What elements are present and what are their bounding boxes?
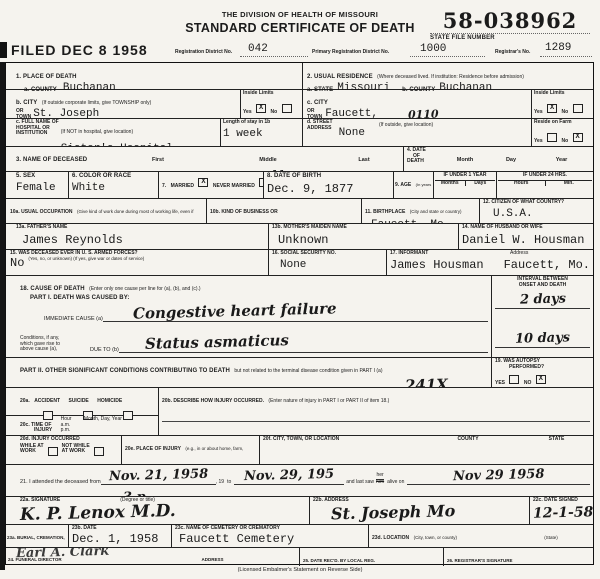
accident-label: ACCIDENT (34, 398, 60, 404)
section-birthplace: 11. BIRTHPLACE (City and state or countr… (361, 199, 479, 223)
death-time-value: 3 p (123, 491, 146, 496)
section-autopsy: 19. WAS AUTOPSY PERFORMED? YES NO X (491, 358, 593, 387)
homicide-label: HOMICIDE (97, 398, 122, 404)
section-marital-status: 7. MARRIED X NEVER MARRIED WIDOWED DIVOR… (158, 172, 263, 198)
not-while-at-work-label: NOT WHILEAT WORK (62, 444, 90, 456)
autopsy-yes-checkbox (509, 375, 519, 384)
length-of-stay-value: 1 week (223, 129, 300, 140)
location-label: 23d. LOCATION (372, 535, 409, 541)
section-informant: 17. INFORMANT Address James Housman Fauc… (386, 250, 593, 275)
residence-inside-limits-no-checkbox (573, 104, 583, 113)
under-1-year-label: IF UNDER 1 YEAR (435, 173, 495, 179)
section-cemetery: 23c. NAME OF CEMETERY OR CREMATORY Fauce… (171, 525, 368, 547)
yes-label: Yes (243, 109, 252, 115)
alive-on-label: alive on (387, 480, 404, 486)
citizen-value: U.S.A. (483, 209, 590, 220)
death-day-value: 29 (504, 169, 518, 171)
middle-name-header: Middle (259, 157, 276, 163)
part2-hint: but not related to the terminal disease … (234, 368, 382, 374)
section-cause-of-death: 18. CAUSE OF DEATH (Enter only one cause… (6, 276, 491, 357)
sex-value: Female (16, 183, 65, 194)
business-label: 10b. KIND OF BUSINESS OR (210, 209, 278, 215)
mothers-maiden-name-value: Unknown (272, 234, 455, 246)
time-of-injury-label: 20c. TIME OFINJURY (20, 423, 52, 434)
handwritten-note: 0110 (408, 109, 439, 121)
location-hint: (City, town, or county) (414, 535, 457, 540)
ssn-label: 16. SOCIAL SECURITY NO. (272, 251, 383, 257)
husband-or-wife-label: 14. NAME OF HUSBAND OR WIFE (462, 225, 590, 231)
autopsy-no-checkbox: X (536, 375, 546, 384)
section-citizen: 12. CITIZEN OF WHAT COUNTRY? U.S.A. (479, 199, 593, 223)
year-header: Year (556, 157, 568, 163)
husband-or-wife-value: Daniel W. Housman (462, 234, 590, 246)
section-part2: PART II. OTHER SIGNIFICANT CONDITIONS CO… (6, 358, 491, 387)
section-name-of-deceased: 3. NAME OF DECEASED (Type or print) Firs… (6, 147, 403, 171)
registration-district-value: 042 (248, 44, 268, 55)
section-date-received: 25. DATE REC'D. BY LOCAL REG. Dec. 4, 19… (299, 548, 443, 566)
division-line: THE DIVISION OF HEALTH OF MISSOURI (150, 10, 450, 19)
first-name-value: Etta (144, 169, 173, 171)
informant-value: James Housman (390, 259, 504, 271)
section-date-of-birth: 8. DATE OF BIRTH Dec. 9, 1877 (263, 172, 393, 198)
part2-label: PART II. OTHER SIGNIFICANT CONDITIONS CO… (20, 368, 230, 374)
her-him-stack: her him (376, 473, 384, 485)
armed-forces-hint: (Yes, no, or unknown) (If yes, give war … (28, 257, 188, 269)
marital-number: 7. (162, 183, 166, 189)
cemetery-value: Faucett Cemetery (175, 533, 365, 545)
usual-residence-hint: (Where deceased lived. If institution: R… (377, 74, 524, 80)
section-social-security: 16. SOCIAL SECURITY NO. None (268, 250, 386, 275)
inside-limits-yes-checkbox: X (256, 104, 266, 113)
birthplace-value: Faucett, Mo. (365, 220, 476, 223)
place-of-death-title: 1. PLACE OF DEATH (16, 74, 77, 80)
cemetery-label: 23c. NAME OF CEMETERY OR CREMATORY (175, 526, 365, 532)
funeral-director-signature: Earl A. Clark (16, 548, 110, 560)
farm-yes-checkbox (547, 133, 557, 142)
section-burial: 23a. BURIAL, CREMATION, REMOVAL (Specify… (6, 525, 68, 547)
reverse-side-note: (Licensed Embalmer's Statement on Revers… (0, 567, 600, 573)
section-cemetery-location: 23d. LOCATION (City, town, or county) Fa… (368, 525, 593, 547)
state-file-number: 58-038962 (430, 8, 590, 34)
section-fathers-name: 13a. FATHER'S NAME James Reynolds (6, 224, 268, 249)
section-if-under-24-hrs: IF UNDER 24 HRS. Hours Min. (496, 172, 593, 198)
interval-b-value: 10 days (515, 331, 570, 345)
color-or-race-value: White (72, 183, 155, 194)
street-address-hint: (If outside, give location) (379, 123, 433, 146)
death-year-value: 1958 (547, 169, 576, 171)
under-24-hrs-label: IF UNDER 24 HRS. (498, 173, 592, 179)
min-label: Min. (546, 181, 593, 187)
reside-on-farm-box: Reside on Farm Yes No X (531, 119, 593, 146)
date-signed-label: 22c. DATE SIGNED (533, 498, 590, 504)
attended-from-value: Nov. 21, 1958 (108, 468, 207, 484)
section-kind-of-business: 10b. KIND OF BUSINESS OR INDUSTRY Own Ho… (206, 199, 361, 223)
autopsy-no-label: NO (524, 380, 532, 386)
not-while-at-work-checkbox (94, 447, 104, 456)
while-at-work-checkbox (48, 447, 58, 456)
month-header: Month (457, 157, 474, 163)
married-label: MARRIED (171, 183, 194, 189)
informant-address-label: Address (510, 251, 528, 257)
days-label: Days (466, 181, 496, 187)
date-of-birth-label: 8. DATE OF BIRTH (267, 173, 390, 180)
section-accident-suicide-homicide: 20a. ACCIDENT SUICIDE HOMICIDE 20c. TIME… (6, 388, 158, 435)
sex-label: 5. SEX (16, 173, 65, 180)
certificate-form: 1. PLACE OF DEATH a. COUNTY Buchanan b. … (5, 62, 594, 565)
funeral-director-address-label: ADDRESS (201, 557, 223, 562)
length-of-stay-label: Length of stay in 1b (223, 120, 300, 126)
inside-limits-label: Inside Limits (243, 91, 300, 97)
section-color-or-race: 6. COLOR OR RACE White (68, 172, 158, 198)
death-certificate-scan: THE DIVISION OF HEALTH OF MISSOURI STAND… (0, 0, 600, 579)
length-of-stay-box: Length of stay in 1b 1 week (220, 119, 302, 146)
city-label: b. CITY (16, 100, 37, 106)
section-burial-date: 23b. DATE Dec. 1, 1958 (68, 525, 171, 547)
autopsy-yes-label: YES (495, 380, 505, 386)
last-alive-date-value: Nov 29 1958 (453, 468, 545, 483)
fathers-name-label: 13a. FATHER'S NAME (16, 225, 265, 231)
section-age: 9. AGE (In years last birthday) 80 (393, 172, 433, 198)
months-label: Months (435, 181, 466, 187)
signature-label: 22a. SIGNATURE (20, 498, 60, 504)
mothers-maiden-name-label: 13b. MOTHER'S MAIDEN NAME (272, 225, 455, 231)
date-of-birth-value: Dec. 9, 1877 (267, 183, 390, 195)
interval-column: INTERVAL BETWEEN ONSET AND DEATH 2 days … (491, 276, 593, 357)
injury-state-label: STATE (523, 437, 590, 463)
married-checkbox: X (198, 178, 208, 187)
inside-limits-no-checkbox (282, 104, 292, 113)
ssn-value: None (272, 260, 383, 271)
registrar-signature-label: 26. REGISTRAR'S SIGNATURE (447, 558, 513, 563)
part2-value: 241X (405, 377, 448, 387)
name-title: 3. NAME OF DECEASED (16, 157, 87, 163)
middle-name-value: Louella (243, 169, 293, 171)
location-state-hint: (State) (544, 535, 558, 540)
dotted-line (540, 56, 592, 57)
city-hint: (If outside corporate limits, give TOWNS… (42, 100, 151, 106)
while-at-work-label: WHILE ATWORK (20, 444, 44, 456)
reside-on-farm-label: Reside on Farm (534, 120, 591, 126)
section-sex: 5. SEX Female (6, 172, 68, 198)
section-registrar-signature: 26. REGISTRAR'S SIGNATURE Mrs. Clark Goo… (443, 548, 593, 566)
no-label: No (562, 138, 569, 144)
yes-label: Yes (534, 138, 543, 144)
last-saw-label: and last saw (346, 480, 374, 486)
registrar-no-value: 1289 (545, 43, 571, 54)
injury-county-label: COUNTY (413, 437, 523, 463)
describe-injury-hint: (Enter nature of injury in PART I or PAR… (268, 398, 389, 404)
section-funeral-director: 24. FUNERAL DIRECTOR Earl A. Clark Earl … (6, 548, 299, 566)
residence-city-label: c. CITY (307, 100, 328, 106)
interval-header-2: ONSET AND DEATH (495, 283, 590, 289)
inside-limits-box-1: Inside Limits Yes X No (240, 90, 302, 118)
first-name-header: First (152, 157, 164, 163)
physician-signature-value: K. P. Lenox M.D. (20, 502, 176, 523)
section-attended-statement: 21. I attended the deceased from Nov. 21… (6, 465, 593, 496)
farm-no-checkbox: X (573, 133, 583, 142)
never-married-label: NEVER MARRIED (213, 183, 255, 189)
section-armed-forces: 15. WAS DECEASED EVER IN U. S. ARMED FOR… (6, 250, 268, 275)
burial-date-label: 23b. DATE (72, 526, 168, 532)
section-date-of-death: 4. DATEOFDEATH Month Nov. Day 29 Year 19… (403, 147, 593, 171)
residence-inside-limits-yes-checkbox: X (547, 104, 557, 113)
date-received-label: 25. DATE REC'D. BY LOCAL REG. (303, 558, 375, 563)
day-header: Day (506, 157, 516, 163)
attended-lead: 21. I attended the deceased from (20, 479, 101, 485)
section-physician-address: 22b. ADDRESS St. Joseph Mo (309, 497, 529, 524)
due-to-b-value: Status asmaticus (145, 333, 289, 352)
section-husband-or-wife: 14. NAME OF HUSBAND OR WIFE Daniel W. Ho… (458, 224, 593, 249)
due-to-b-label: DUE TO (b) (90, 347, 119, 353)
section-date-signed: 22c. DATE SIGNED 12-1-58 (529, 497, 593, 524)
section-mothers-maiden-name: 13b. MOTHER'S MAIDEN NAME Unknown (268, 224, 458, 249)
injury-city-label: 20f. CITY, TOWN, OR LOCATION (263, 437, 413, 463)
date-of-death-label: 4. DATEOFDEATH (407, 148, 441, 170)
describe-injury-label: 20b. DESCRIBE HOW INJURY OCCURRED. (162, 398, 264, 404)
hospital-value: Sister's Hospital (61, 143, 173, 146)
comma-19: , 19 (216, 480, 224, 486)
last-name-value: Housman (339, 169, 389, 171)
filed-stamp: FILED DEC 8 1958 (0, 42, 148, 58)
section-usual-occupation: 10a. USUAL OCCUPATION (Give kind of work… (6, 199, 206, 223)
street-address-label: d. STREETADDRESS (307, 120, 333, 146)
hospital-label: c. FULL NAME OFHOSPITAL ORINSTITUTION (16, 120, 59, 146)
him-label: him (376, 480, 384, 486)
name-label-block: 3. NAME OF DECEASED (Type or print) (16, 148, 108, 170)
section-usual-residence: 2. USUAL RESIDENCE (Where deceased lived… (302, 63, 593, 146)
interval-a-value: 2 days (519, 292, 565, 306)
section-physician-signature: 22a. SIGNATURE (Degree or title) K. P. L… (6, 497, 309, 524)
immediate-cause-label: IMMEDIATE CAUSE (a) (20, 316, 103, 322)
occupation-label: 10a. USUAL OCCUPATION (10, 209, 73, 215)
cause-of-death-hint: (Enter only one cause per line for (a), … (89, 286, 200, 292)
autopsy-label-2: PERFORMED? (495, 365, 590, 371)
filed-row: FILED DEC 8 1958 Registration District N… (0, 42, 600, 62)
primary-district-value: 1000 (420, 44, 446, 55)
section-describe-injury: 20b. DESCRIBE HOW INJURY OCCURRED. (Ente… (158, 388, 593, 435)
section-if-under-1-year: IF UNDER 1 YEAR Months Days (433, 172, 496, 198)
burial-label-1: 23a. BURIAL, CREMATION, (7, 535, 65, 540)
no-label: No (562, 109, 569, 115)
immediate-cause-value: Congestive heart failure (133, 301, 337, 321)
dotted-line (410, 56, 485, 57)
burial-date-value: Dec. 1, 1958 (72, 533, 168, 545)
armed-forces-value: No (10, 257, 24, 269)
birthplace-label: 11. BIRTHPLACE (365, 209, 405, 215)
blank-line (162, 421, 590, 422)
to-label: to (227, 480, 231, 486)
inside-limits-box-2: Inside Limits Yes X No (531, 90, 593, 118)
physician-address-value: St. Joseph Mo (313, 503, 456, 523)
section-place-of-death: 1. PLACE OF DEATH a. COUNTY Buchanan b. … (6, 63, 302, 146)
accident-number: 20a. (20, 398, 30, 404)
informant-address-value: Faucett, Mo. (504, 259, 590, 271)
primary-district-label: Primary Registration District No. (312, 50, 389, 56)
street-address-value: None (339, 128, 365, 146)
usual-residence-title: 2. USUAL RESIDENCE (307, 74, 373, 80)
section-injury-at-work: 20d. INJURY OCCURRED WHILE ATWORK NOT WH… (6, 436, 121, 464)
cause-of-death-title: 18. CAUSE OF DEATH (20, 286, 85, 292)
hour-label-block: Houra.m.p.m. (61, 417, 72, 434)
homicide-checkbox (123, 411, 133, 420)
state-file-number-label: STATE FILE NUMBER (430, 35, 590, 41)
date-signed-value: 12-1-58 (533, 505, 593, 521)
certificate-title: STANDARD CERTIFICATE OF DEATH (150, 21, 450, 35)
registrar-no-label: Registrar's No. (495, 50, 530, 56)
citizen-label: 12. CITIZEN OF WHAT COUNTRY? (483, 200, 590, 206)
fathers-name-value: James Reynolds (16, 234, 265, 246)
birthplace-hint: (City and state or country) (410, 209, 462, 214)
header: THE DIVISION OF HEALTH OF MISSOURI STAND… (150, 10, 450, 35)
inside-limits-label-2: Inside Limits (534, 91, 591, 97)
age-label: 9. AGE (395, 182, 411, 188)
hours-label: Hours (498, 181, 546, 187)
dotted-line (240, 56, 308, 57)
hospital-hint: (If NOT in hospital, give location) (61, 129, 133, 135)
registration-district-label: Registration District No. (175, 50, 232, 56)
no-label: No (271, 109, 278, 115)
last-name-header: Last (358, 157, 369, 163)
conditions-note: Conditions, if any,which gave rise toabo… (20, 336, 90, 353)
month-day-year-label: Month, Day, Year (84, 417, 122, 423)
yes-label: Yes (534, 109, 543, 115)
section-injury-location: 20f. CITY, TOWN, OR LOCATION COUNTY STAT… (259, 436, 593, 464)
state-file-number-block: 58-038962 STATE FILE NUMBER (430, 8, 590, 41)
informant-label: 17. INFORMANT (390, 251, 510, 257)
section-place-of-injury: 20e. PLACE OF INJURY (e.g., in or about … (121, 436, 259, 464)
place-of-injury-label: 20e. PLACE OF INJURY (125, 446, 181, 452)
death-month-value: Nov. (451, 169, 480, 171)
suicide-label: SUICIDE (68, 398, 88, 404)
attended-to-value: Nov. 29, 195 (244, 468, 334, 483)
color-or-race-label: 6. COLOR OR RACE (72, 173, 155, 180)
